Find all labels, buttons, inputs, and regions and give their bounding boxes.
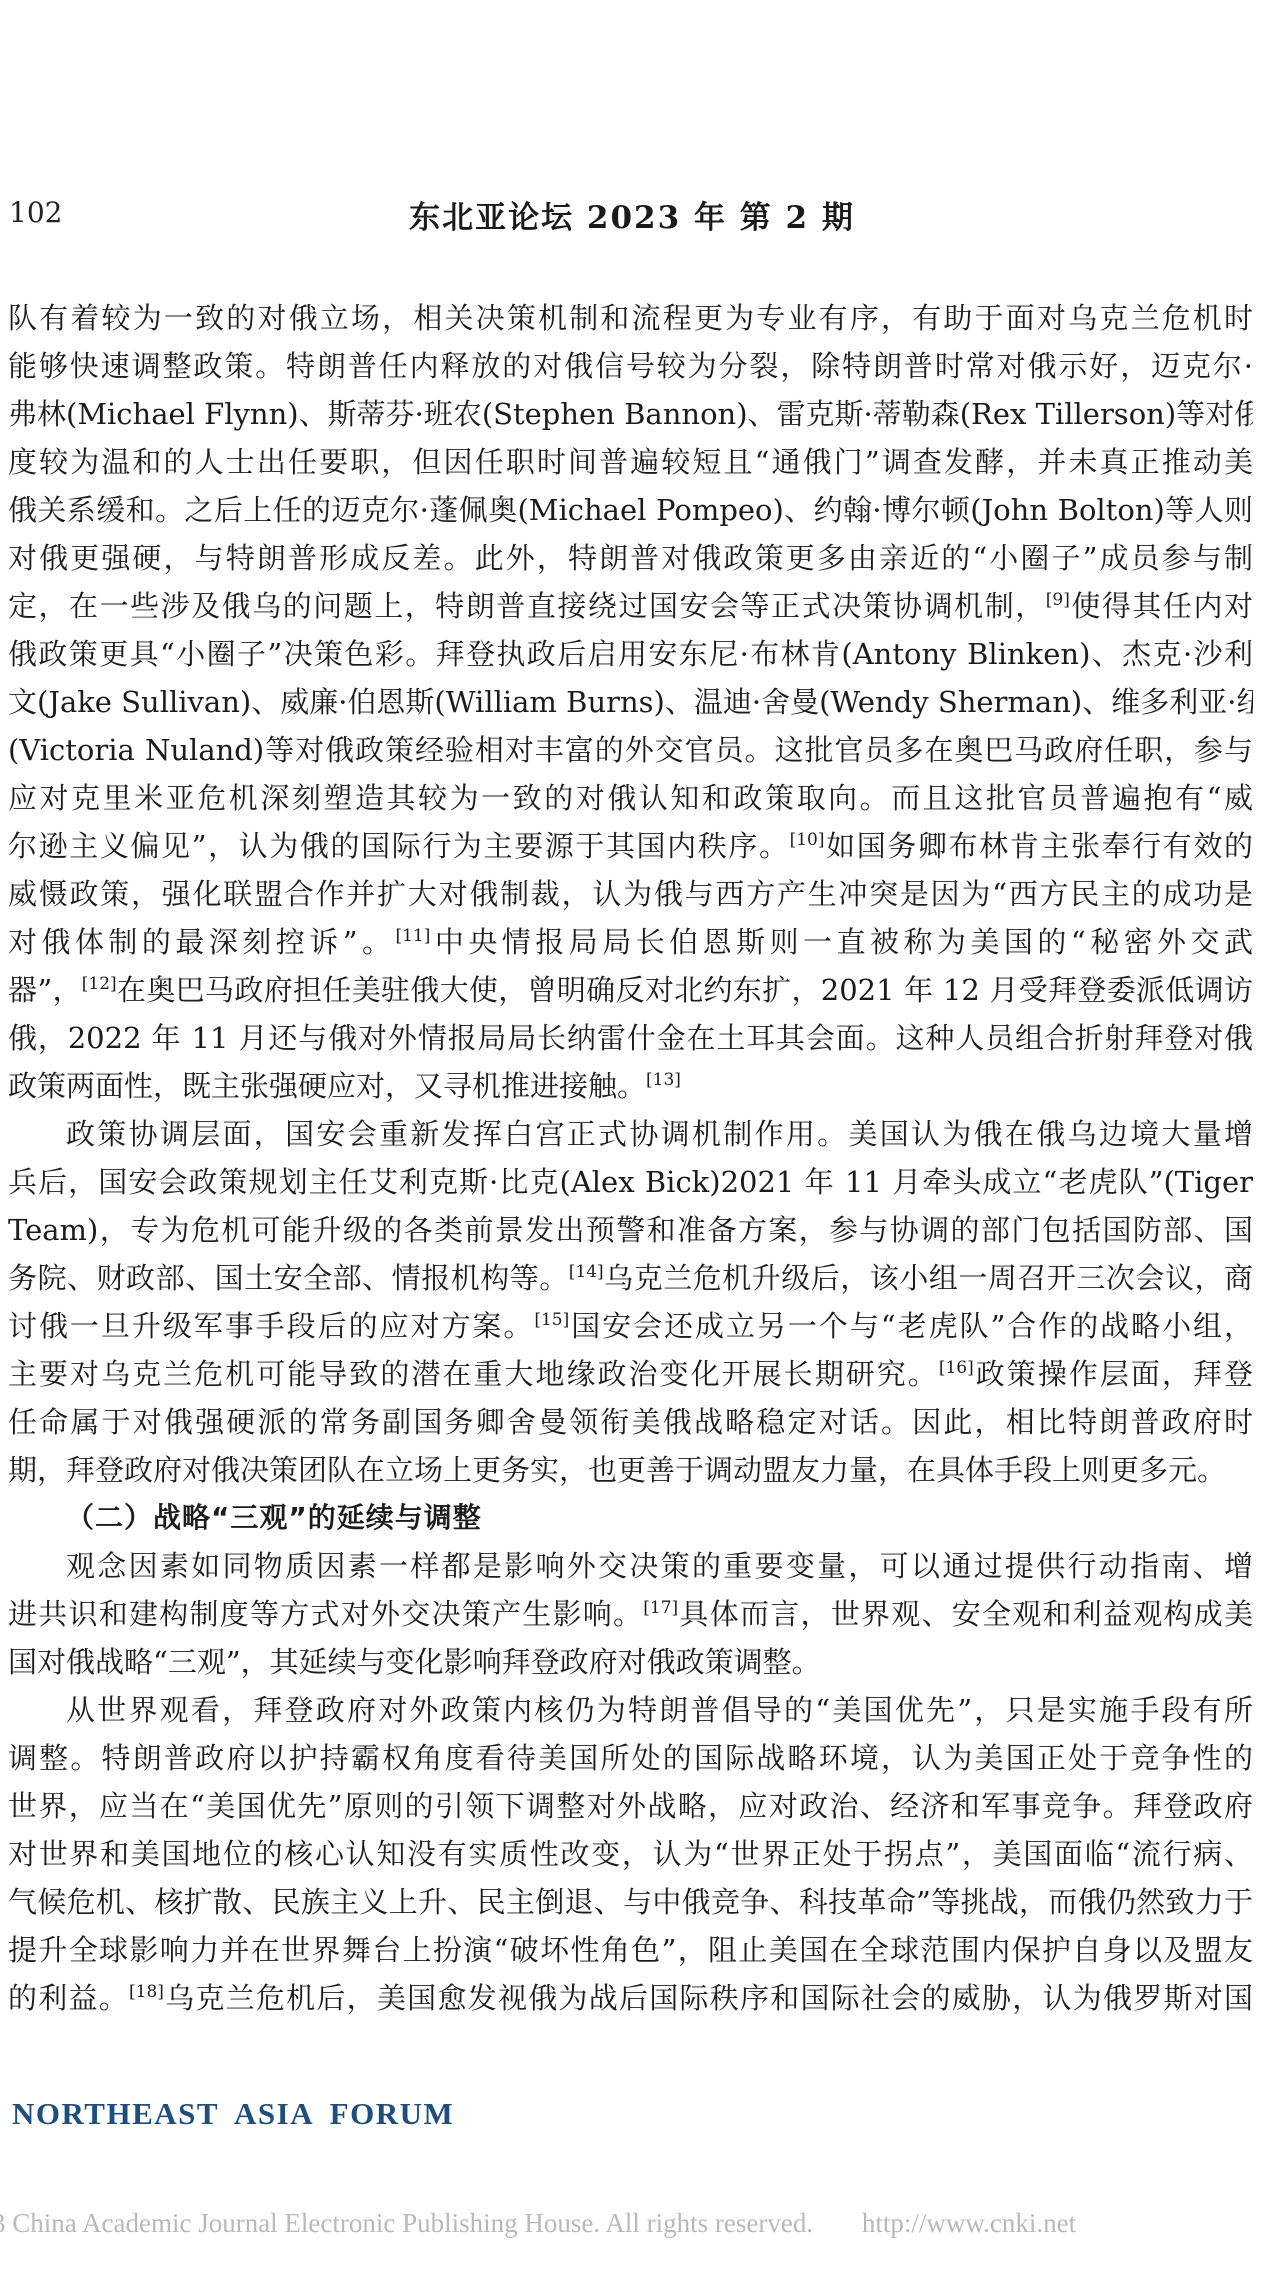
watermark-url: http://www.cnki.net bbox=[862, 2208, 1076, 2238]
body-line: 世界，应当在“美国优先”原则的引领下调整对外战略，应对政治、经济和军事竞争。拜登… bbox=[8, 1782, 1253, 1830]
footnote-ref: [12] bbox=[82, 974, 117, 994]
body-line: 从世界观看，拜登政府对外政策内核仍为特朗普倡导的“美国优先”，只是实施手段有所 bbox=[8, 1686, 1253, 1734]
body-line: 讨俄一旦升级军事手段后的应对方案。[15]国安会还成立另一个与“老虎队”合作的战… bbox=[8, 1302, 1253, 1350]
footer-logo: NORTHEAST ASIA FORUM bbox=[12, 2096, 454, 2132]
body-line: 俄，2022 年 11 月还与俄对外情报局局长纳雷什金在土耳其会面。这种人员组合… bbox=[8, 1014, 1253, 1062]
footnote-ref: [10] bbox=[790, 830, 825, 850]
body-line: (Victoria Nuland)等对俄政策经验相对丰富的外交官员。这批官员多在… bbox=[8, 726, 1253, 774]
document-page: 102 东北亚论坛 2023 年 第 2 期 队有着较为一致的对俄立场，相关决策… bbox=[0, 0, 1264, 2291]
footnote-ref: [14] bbox=[569, 1262, 604, 1282]
body-line: 弗林(Michael Flynn)、斯蒂芬·班农(Stephen Bannon)… bbox=[8, 390, 1253, 438]
body-line: 国对俄战略“三观”，其延续与变化影响拜登政府对俄政策调整。 bbox=[8, 1638, 1253, 1686]
footnote-ref: [16] bbox=[939, 1358, 974, 1378]
body-line: 尔逊主义偏见”，认为俄的国际行为主要源于其国内秩序。[10]如国务卿布林肯主张奉… bbox=[8, 822, 1253, 870]
body-line: 观念因素如同物质因素一样都是影响外交决策的重要变量，可以通过提供行动指南、增 bbox=[8, 1542, 1253, 1590]
body-line: 对俄更强硬，与特朗普形成反差。此外，特朗普对俄政策更多由亲近的“小圈子”成员参与… bbox=[8, 534, 1253, 582]
watermark: 3 China Academic Journal Electronic Publ… bbox=[0, 2208, 1264, 2239]
body-line: 文(Jake Sullivan)、威廉·伯恩斯(William Burns)、温… bbox=[8, 678, 1253, 726]
body-line: 调整。特朗普政府以护持霸权角度看待美国所处的国际战略环境，认为美国正处于竞争性的 bbox=[8, 1734, 1253, 1782]
body-line: 政策两面性，既主张强硬应对，又寻机推进接触。[13] bbox=[8, 1062, 1253, 1110]
body-line: 任命属于对俄强硬派的常务副国务卿舍曼领衔美俄战略稳定对话。因此，相比特朗普政府时 bbox=[8, 1398, 1253, 1446]
footnote-ref: [11] bbox=[395, 926, 430, 946]
body-line: 俄关系缓和。之后上任的迈克尔·蓬佩奥(Michael Pompeo)、约翰·博尔… bbox=[8, 486, 1253, 534]
body-line: 兵后，国安会政策规划主任艾利克斯·比克(Alex Bick)2021 年 11 … bbox=[8, 1158, 1253, 1206]
body-line: 进共识和建构制度等方式对外交决策产生影响。[17]具体而言，世界观、安全观和利益… bbox=[8, 1590, 1253, 1638]
body-line: 对俄体制的最深刻控诉”。[11]中央情报局局长伯恩斯则一直被称为美国的“秘密外交… bbox=[8, 918, 1253, 966]
body-line: 提升全球影响力并在世界舞台上扮演“破坏性角色”，阻止美国在全球范围内保护自身以及… bbox=[8, 1926, 1253, 1974]
footnote-ref: [17] bbox=[643, 1598, 678, 1618]
footnote-ref: [13] bbox=[646, 1070, 681, 1090]
body-line: 度较为温和的人士出任要职，但因任职时间普遍较短且“通俄门”调查发酵，并未真正推动… bbox=[8, 438, 1253, 486]
body-line: Team)，专为危机可能升级的各类前景发出预警和准备方案，参与协调的部门包括国防… bbox=[8, 1206, 1253, 1254]
body-line: 的利益。[18]乌克兰危机后，美国愈发视俄为战后国际秩序和国际社会的威胁，认为俄… bbox=[8, 1974, 1253, 2022]
section-heading: （二）战略“三观”的延续与调整 bbox=[8, 1494, 1253, 1542]
body-text: 队有着较为一致的对俄立场，相关决策机制和流程更为专业有序，有助于面对乌克兰危机时… bbox=[8, 294, 1253, 2022]
body-line: 应对克里米亚危机深刻塑造其较为一致的对俄认知和政策取向。而且这批官员普遍抱有“威 bbox=[8, 774, 1253, 822]
watermark-text: 3 China Academic Journal Electronic Publ… bbox=[0, 2208, 813, 2238]
body-line: 对世界和美国地位的核心认知没有实质性改变，认为“世界正处于拐点”，美国面临“流行… bbox=[8, 1830, 1253, 1878]
body-line: 定，在一些涉及俄乌的问题上，特朗普直接绕过国安会等正式决策协调机制，[9]使得其… bbox=[8, 582, 1253, 630]
body-line: 队有着较为一致的对俄立场，相关决策机制和流程更为专业有序，有助于面对乌克兰危机时 bbox=[8, 294, 1253, 342]
body-line: 务院、财政部、国土安全部、情报机构等。[14]乌克兰危机升级后，该小组一周召开三… bbox=[8, 1254, 1253, 1302]
page-header: 102 东北亚论坛 2023 年 第 2 期 bbox=[0, 192, 1264, 236]
body-line: 威慑政策，强化联盟合作并扩大对俄制裁，认为俄与西方产生冲突是因为“西方民主的成功… bbox=[8, 870, 1253, 918]
body-line: 俄政策更具“小圈子”决策色彩。拜登执政后启用安东尼·布林肯(Antony Bli… bbox=[8, 630, 1253, 678]
footnote-ref: [9] bbox=[1046, 590, 1070, 610]
body-line: 主要对乌克兰危机可能导致的潜在重大地缘政治变化开展长期研究。[16]政策操作层面… bbox=[8, 1350, 1253, 1398]
body-line: 气候危机、核扩散、民族主义上升、民主倒退、与中俄竞争、科技革命”等挑战，而俄仍然… bbox=[8, 1878, 1253, 1926]
body-line: 能够快速调整政策。特朗普任内释放的对俄信号较为分裂，除特朗普时常对俄示好，迈克尔… bbox=[8, 342, 1253, 390]
journal-title: 东北亚论坛 2023 年 第 2 期 bbox=[0, 192, 1264, 237]
body-line: 期，拜登政府对俄决策团队在立场上更务实，也更善于调动盟友力量，在具体手段上则更多… bbox=[8, 1446, 1253, 1494]
footnote-ref: [18] bbox=[129, 1982, 164, 2002]
body-line: 器”，[12]在奥巴马政府担任美驻俄大使，曾明确反对北约东扩，2021 年 12… bbox=[8, 966, 1253, 1014]
body-line: 政策协调层面，国安会重新发挥白宫正式协调机制作用。美国认为俄在俄乌边境大量增 bbox=[8, 1110, 1253, 1158]
footnote-ref: [15] bbox=[534, 1310, 569, 1330]
